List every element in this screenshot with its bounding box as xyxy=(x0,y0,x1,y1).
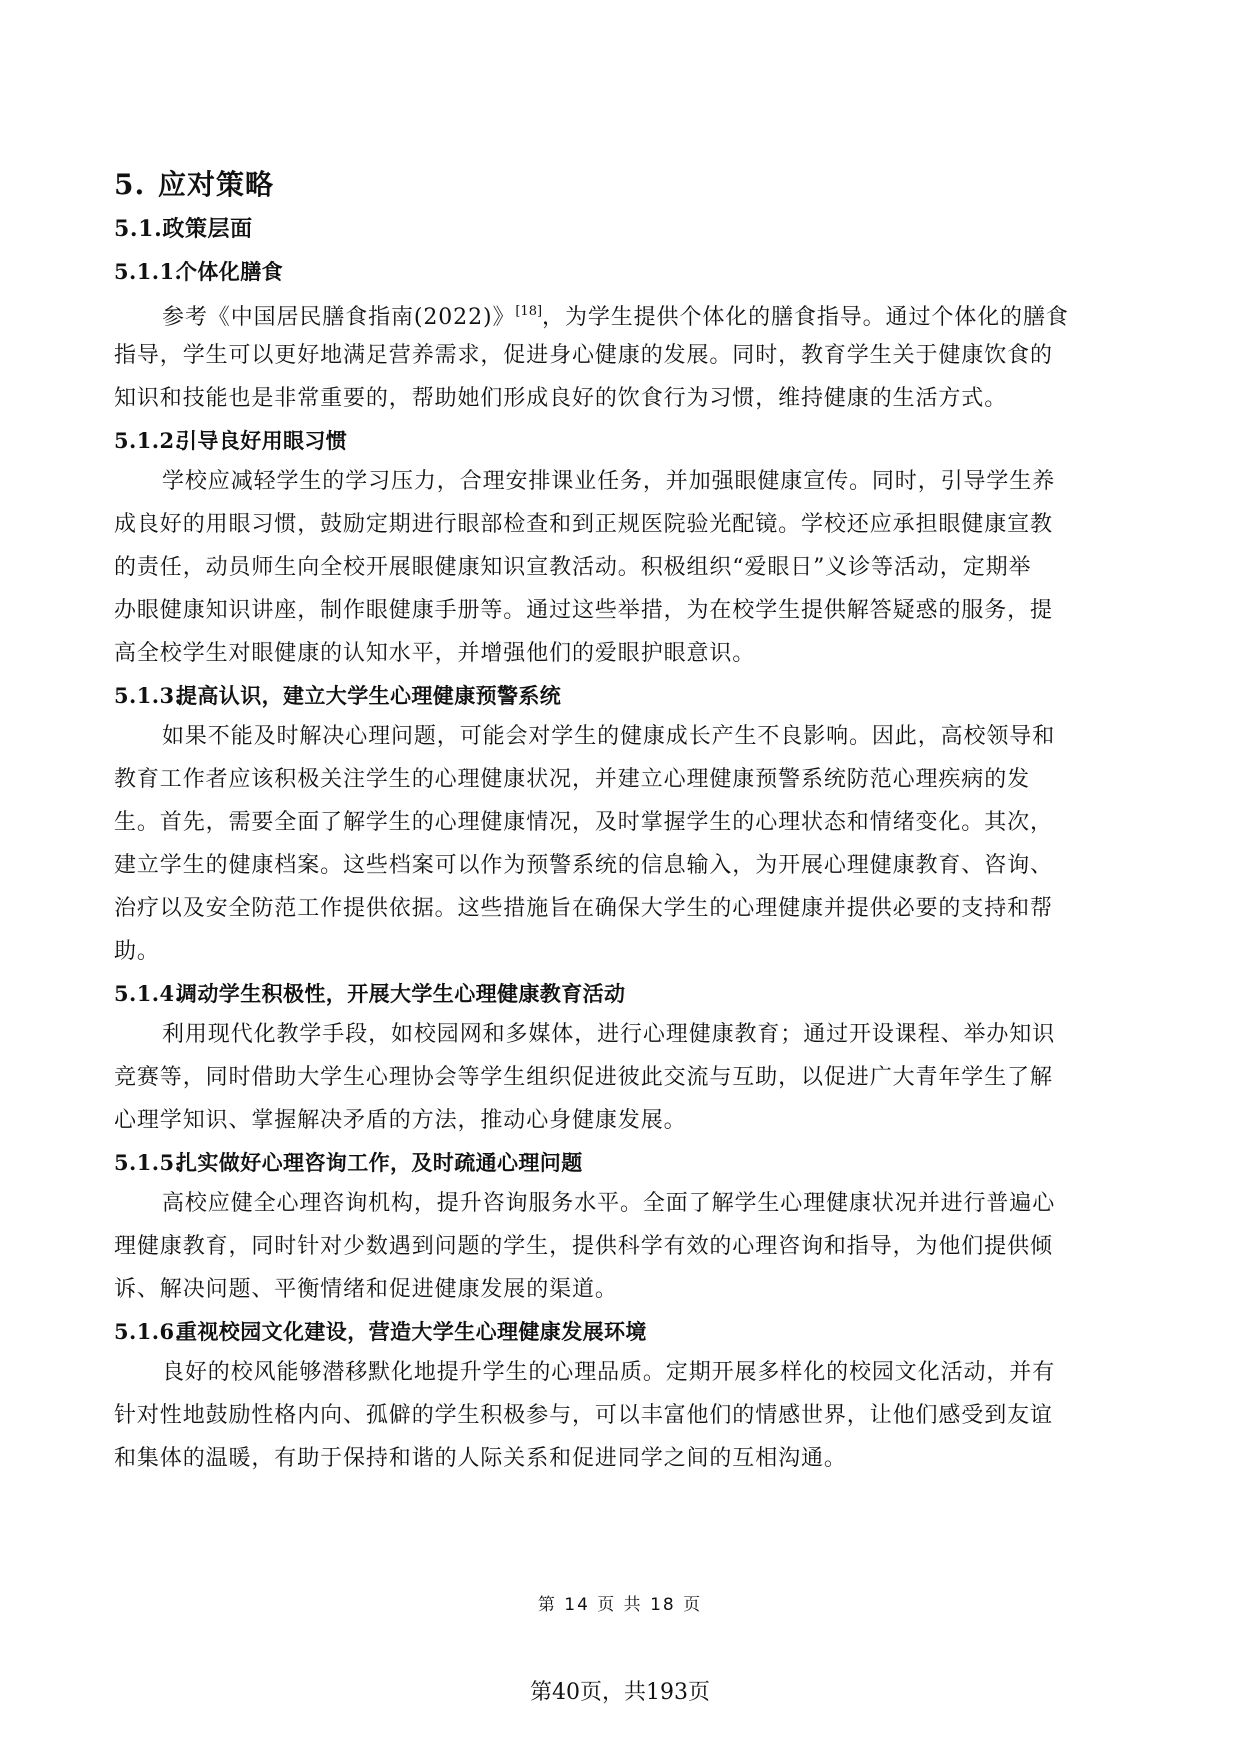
item-number: 5.1.4. xyxy=(114,979,176,1009)
subsection-title: 政策层面 xyxy=(162,216,252,242)
subsection-number: 5.1. xyxy=(114,216,162,242)
item-number: 5.1.5. xyxy=(114,1148,176,1178)
paragraph-line: 生。首先，需要全面了解学生的心理健康情况，及时掌握学生的心理状态和情绪变化。其次… xyxy=(114,808,1138,838)
paragraph-line: 心理学知识、掌握解决矛盾的方法，推动心身健康发展。 xyxy=(114,1106,1138,1136)
item-number: 5.1.3. xyxy=(114,681,176,711)
paragraph-line: 建立学生的健康档案。这些档案可以作为预警系统的信息输入，为开展心理健康教育、咨询… xyxy=(114,851,1138,881)
section-number: 5. xyxy=(114,170,158,200)
item-heading-5-1-2: 5.1.2.引导良好用眼习惯 xyxy=(114,426,1138,456)
item-number: 5.1.1. xyxy=(114,257,176,287)
item-heading-5-1-6: 5.1.6.重视校园文化建设，营造大学生心理健康发展环境 xyxy=(114,1317,1138,1347)
paragraph-line: 和集体的温暖，有助于保持和谐的人际关系和促进同学之间的互相沟通。 xyxy=(114,1444,1138,1474)
paragraph-line: 如果不能及时解决心理问题，可能会对学生的健康成长产生不良影响。因此，高校领导和 xyxy=(162,722,1138,752)
paragraph-line: 知识和技能也是非常重要的，帮助她们形成良好的饮食行为习惯，维持健康的生活方式。 xyxy=(114,384,1138,414)
paragraph-line: 学校应减轻学生的学习压力，合理安排课业任务，并加强眼健康宣传。同时，引导学生养 xyxy=(162,467,1138,497)
text-span: ，为学生提供个体化的膳食指导。通过个体化的膳食 xyxy=(542,305,1069,330)
paragraph-line: 参考《中国居民膳食指南(2022)》[18]，为学生提供个体化的膳食指导。通过个… xyxy=(162,297,1138,333)
paragraph-line: 理健康教育，同时针对少数遇到问题的学生，提供科学有效的心理咨询和指导，为他们提供… xyxy=(114,1232,1138,1262)
paragraph-line: 竞赛等，同时借助大学生心理协会等学生组织促进彼此交流与互助，以促进广大青年学生了… xyxy=(114,1063,1138,1093)
item-heading-5-1-4: 5.1.4.调动学生积极性，开展大学生心理健康教育活动 xyxy=(114,979,1138,1009)
item-title: 提高认识，建立大学生心理健康预警系统 xyxy=(176,683,561,708)
citation-reference[interactable]: [18] xyxy=(515,304,542,319)
paragraph-line: 成良好的用眼习惯，鼓励定期进行眼部检查和到正规医院验光配镜。学校还应承担眼健康宣… xyxy=(114,510,1138,540)
paragraph-line: 助。 xyxy=(114,937,1138,967)
item-title: 引导良好用眼习惯 xyxy=(176,428,347,453)
item-title: 调动学生积极性，开展大学生心理健康教育活动 xyxy=(176,981,625,1006)
item-title: 扎实做好心理咨询工作，及时疏通心理问题 xyxy=(176,1150,583,1175)
item-heading-5-1-5: 5.1.5.扎实做好心理咨询工作，及时疏通心理问题 xyxy=(114,1148,1138,1178)
paragraph-line: 高校应健全心理咨询机构，提升咨询服务水平。全面了解学生心理健康状况并进行普遍心 xyxy=(162,1189,1138,1219)
paragraph-line: 利用现代化教学手段，如校园网和多媒体，进行心理健康教育；通过开设课程、举办知识 xyxy=(162,1020,1138,1050)
text-span: 参考《中国居民膳食指南(2022)》 xyxy=(162,305,515,330)
paragraph-line: 指导，学生可以更好地满足营养需求，促进身心健康的发展。同时，教育学生关于健康饮食… xyxy=(114,341,1138,371)
paragraph-line: 治疗以及安全防范工作提供依据。这些措施旨在确保大学生的心理健康并提供必要的支持和… xyxy=(114,894,1138,924)
inner-page-number: 第 14 页 共 18 页 xyxy=(0,1593,1240,1617)
paragraph-line: 针对性地鼓励性格内向、孤僻的学生积极参与，可以丰富他们的情感世界，让他们感受到友… xyxy=(114,1401,1138,1431)
outer-page-number: 第40页，共193页 xyxy=(0,1678,1240,1708)
document-page: 5.应对策略 5.1.政策层面 5.1.1.个体化膳食 参考《中国居民膳食指南(… xyxy=(0,0,1240,1753)
item-number: 5.1.6. xyxy=(114,1317,176,1347)
paragraph-line: 良好的校风能够潜移默化地提升学生的心理品质。定期开展多样化的校园文化活动，并有 xyxy=(162,1358,1138,1388)
paragraph-line: 办眼健康知识讲座，制作眼健康手册等。通过这些举措，为在校学生提供解答疑惑的服务，… xyxy=(114,596,1138,626)
item-heading-5-1-3: 5.1.3.提高认识，建立大学生心理健康预警系统 xyxy=(114,681,1138,711)
paragraph-line: 诉、解决问题、平衡情绪和促进健康发展的渠道。 xyxy=(114,1275,1138,1305)
item-title: 重视校园文化建设，营造大学生心理健康发展环境 xyxy=(176,1319,647,1344)
subsection-heading: 5.1.政策层面 xyxy=(114,214,1138,244)
section-heading: 5.应对策略 xyxy=(114,170,1138,200)
item-heading-5-1-1: 5.1.1.个体化膳食 xyxy=(114,257,1138,287)
section-title: 应对策略 xyxy=(158,168,274,201)
item-title: 个体化膳食 xyxy=(176,259,283,284)
paragraph-line: 高全校学生对眼健康的认知水平，并增强他们的爱眼护眼意识。 xyxy=(114,639,1138,669)
paragraph-line: 教育工作者应该积极关注学生的心理健康状况，并建立心理健康预警系统防范心理疾病的发 xyxy=(114,765,1138,795)
paragraph-line: 的责任，动员师生向全校开展眼健康知识宣教活动。积极组织“爱眼日”义诊等活动，定期… xyxy=(114,553,1138,583)
item-number: 5.1.2. xyxy=(114,426,176,456)
